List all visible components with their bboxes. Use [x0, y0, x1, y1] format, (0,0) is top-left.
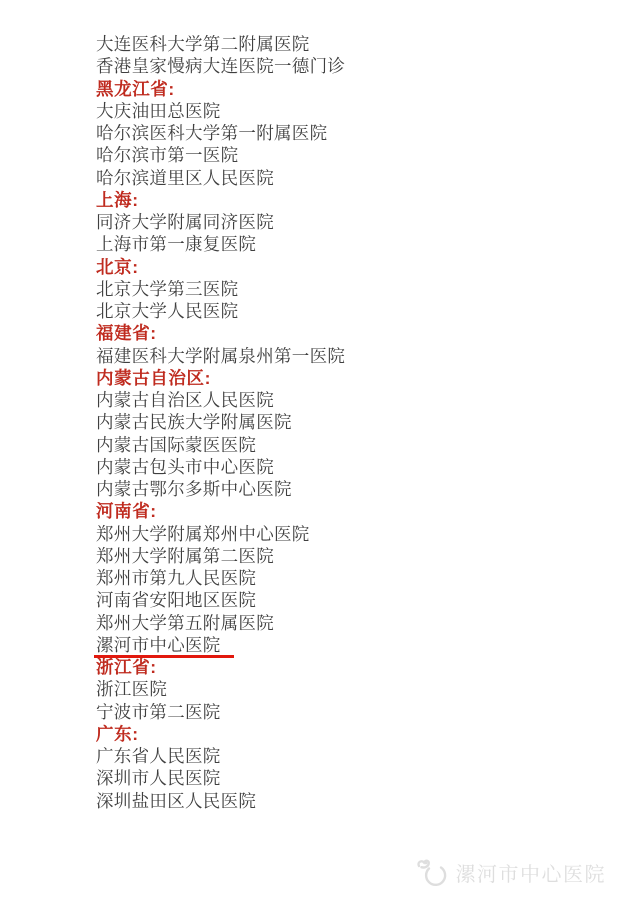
hospital-name: 福建医科大学附属泉州第一医院: [96, 345, 345, 367]
hospital-name: 北京大学第三医院: [96, 278, 345, 300]
hospital-name: 香港皇家慢病大连医院一德门诊: [96, 55, 345, 77]
hospital-name: 北京大学人民医院: [96, 300, 345, 322]
hospital-name: 哈尔滨医科大学第一附属医院: [96, 122, 345, 144]
hospital-name: 上海市第一康复医院: [96, 233, 345, 255]
hospital-name: 深圳市人民医院: [96, 767, 345, 789]
article-page: 大连医科大学第二附属医院香港皇家慢病大连医院一德门诊黑龙江省:大庆油田总医院哈尔…: [0, 0, 636, 900]
hospital-name: 大庆油田总医院: [96, 100, 345, 122]
hospital-name: 大连医科大学第二附属医院: [96, 33, 345, 55]
hospital-name: 广东省人民医院: [96, 745, 345, 767]
hospital-name: 哈尔滨市第一医院: [96, 144, 345, 166]
hospital-name: 郑州市第九人民医院: [96, 567, 345, 589]
province-heading: 广东:: [96, 723, 345, 745]
hospital-name: 郑州大学附属郑州中心医院: [96, 523, 345, 545]
province-heading: 北京:: [96, 256, 345, 278]
hospital-name: 内蒙古国际蒙医医院: [96, 434, 345, 456]
province-heading: 河南省:: [96, 500, 345, 522]
hospital-name: 深圳盐田区人民医院: [96, 790, 345, 812]
hospital-name: 郑州大学第五附属医院: [96, 612, 345, 634]
hospital-logo-icon: [415, 857, 451, 887]
hospital-name: 内蒙古鄂尔多斯中心医院: [96, 478, 345, 500]
province-heading: 福建省:: [96, 322, 345, 344]
hospital-name: 宁波市第二医院: [96, 701, 345, 723]
province-heading: 浙江省:: [96, 656, 345, 678]
hospital-name: 内蒙古包头市中心医院: [96, 456, 345, 478]
province-heading: 上海:: [96, 189, 345, 211]
hospital-name: 内蒙古民族大学附属医院: [96, 411, 345, 433]
hospital-name: 漯河市中心医院: [96, 634, 345, 656]
province-heading: 内蒙古自治区:: [96, 367, 345, 389]
watermark: 漯河市中心医院: [415, 857, 607, 887]
hospital-list: 大连医科大学第二附属医院香港皇家慢病大连医院一德门诊黑龙江省:大庆油田总医院哈尔…: [96, 33, 345, 812]
province-heading: 黑龙江省:: [96, 78, 345, 100]
watermark-text: 漯河市中心医院: [456, 858, 607, 887]
hospital-name: 河南省安阳地区医院: [96, 589, 345, 611]
hospital-name: 哈尔滨道里区人民医院: [96, 167, 345, 189]
hospital-name: 浙江医院: [96, 678, 345, 700]
hospital-name: 内蒙古自治区人民医院: [96, 389, 345, 411]
hospital-name: 同济大学附属同济医院: [96, 211, 345, 233]
hospital-name: 郑州大学附属第二医院: [96, 545, 345, 567]
